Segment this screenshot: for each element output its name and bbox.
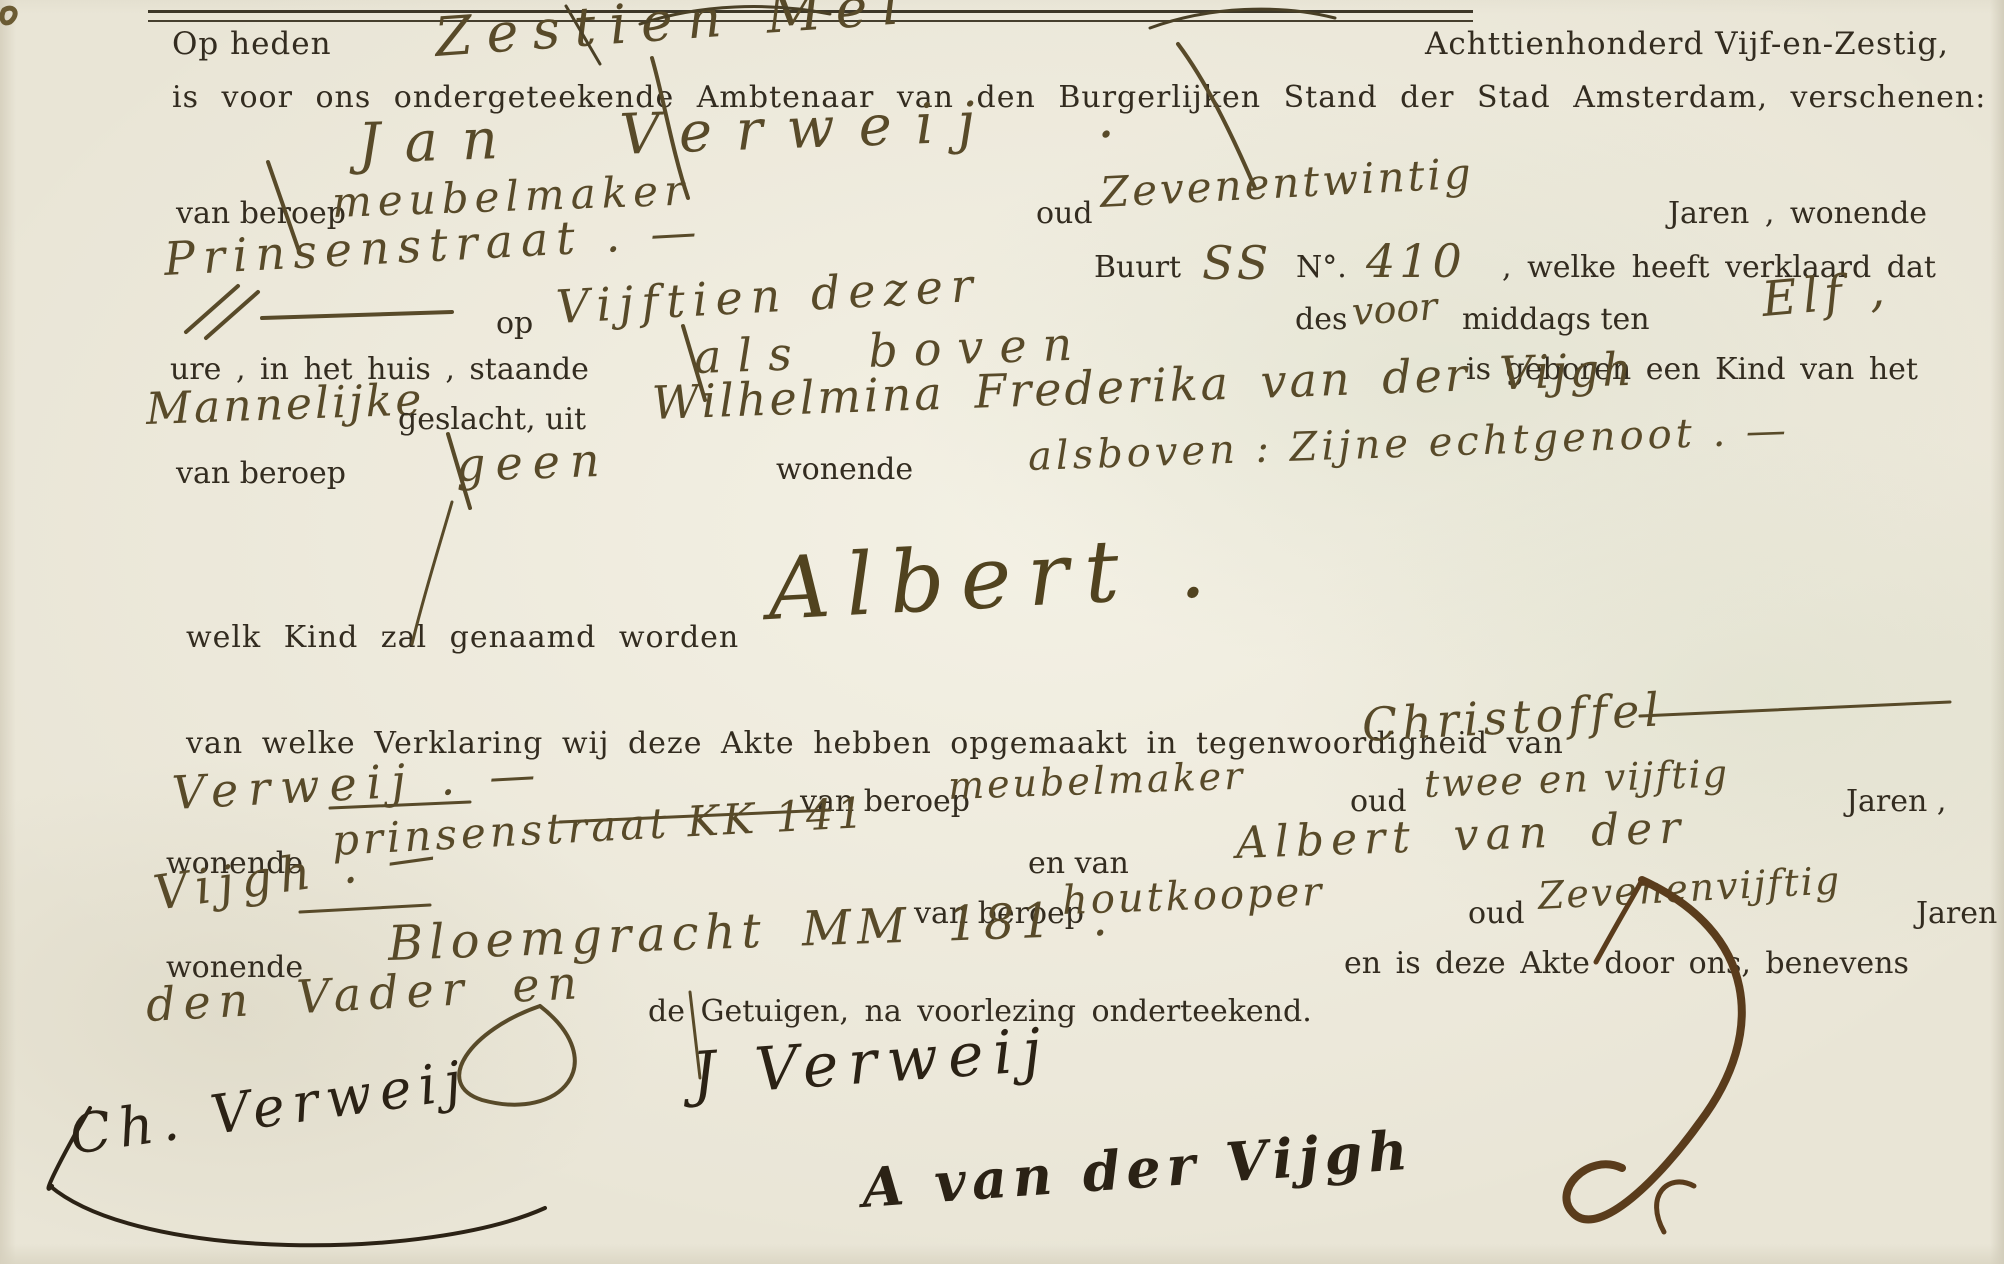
signature-father: J Verweij [690, 1015, 1054, 1110]
signature-witness1: Ch. Verweij [66, 1048, 473, 1166]
hw-deed-date: Zestien Mei [433, 0, 915, 69]
hw-house-number: 410 [1366, 234, 1466, 288]
printed-year: Achttienhonderd Vijf-en-Zestig, [1425, 26, 1949, 62]
printed-oud-1: oud [1036, 196, 1093, 231]
signature-witness2: A van der Vijgh [860, 1118, 1416, 1220]
printed-van-beroep-2: van beroep [176, 456, 346, 491]
hw-voor: voor [1350, 284, 1438, 334]
hw-witness2-last-name: Vijgh . — [150, 826, 446, 922]
printed-op-heden: Op heden [172, 26, 332, 62]
printed-geslacht-uit: geslacht, uit [398, 402, 586, 437]
printed-jaren-2: Jaren , [1846, 784, 1946, 819]
hw-birth-hour: Elf , [1760, 261, 1893, 328]
hw-buurt-code: SS [1202, 236, 1272, 290]
hw-als-boven-2: alsboven : Zijne echtgenoot . — [1027, 407, 1790, 480]
hw-geslacht: Mannelijke [145, 374, 425, 435]
printed-des: des [1295, 302, 1347, 337]
hw-witness1-first-name: Christoffel [1361, 682, 1666, 752]
printed-buurt: Buurt [1094, 250, 1181, 285]
hw-witness2-first-name: Albert van der [1235, 802, 1688, 869]
hw-witness1-occupation: meubelmaker [947, 754, 1246, 808]
printed-middags-ten: middags ten [1462, 302, 1650, 337]
hw-child-name: Albert . [765, 516, 1224, 640]
printed-op: op [496, 306, 533, 341]
printed-jaren-wonende: Jaren , wonende [1668, 196, 1927, 231]
filler-dash-vijgh [300, 905, 430, 912]
struck-blank-slash-2 [206, 292, 258, 338]
registrar-paraph-flourish [1566, 880, 1741, 1219]
printed-wonende-2: wonende [776, 452, 913, 487]
struck-blank-dash [262, 312, 452, 318]
printed-en-is-akte: en is deze Akte door ons, benevens [1344, 946, 1909, 981]
signature-witness1-underline [50, 1186, 545, 1245]
hw-witness1-age: twee en vijftig [1423, 751, 1729, 806]
hw-witness2-age: Zevenenvijftig [1537, 858, 1842, 918]
birth-certificate-scan: Op heden Zestien Mei Achttienhonderd Vij… [0, 0, 2004, 1264]
hw-mother-occupation: geen [455, 433, 610, 492]
printed-number-label: N°. [1296, 250, 1347, 285]
en-tail-loop [459, 1006, 575, 1105]
registrar-paraph-tail [1657, 1182, 1694, 1232]
ink-smudge-left-edge [2, 8, 15, 23]
printed-oud-3: oud [1468, 896, 1525, 931]
printed-welk-kind: welk Kind zal genaamd worden [186, 620, 739, 655]
struck-blank-slash-1 [186, 286, 238, 332]
printed-jaren-3: Jaren , [1916, 896, 2004, 931]
hw-declarant-age: Zevenentwintig [1099, 148, 1475, 217]
filler-dash-christoffel [1640, 702, 1950, 716]
